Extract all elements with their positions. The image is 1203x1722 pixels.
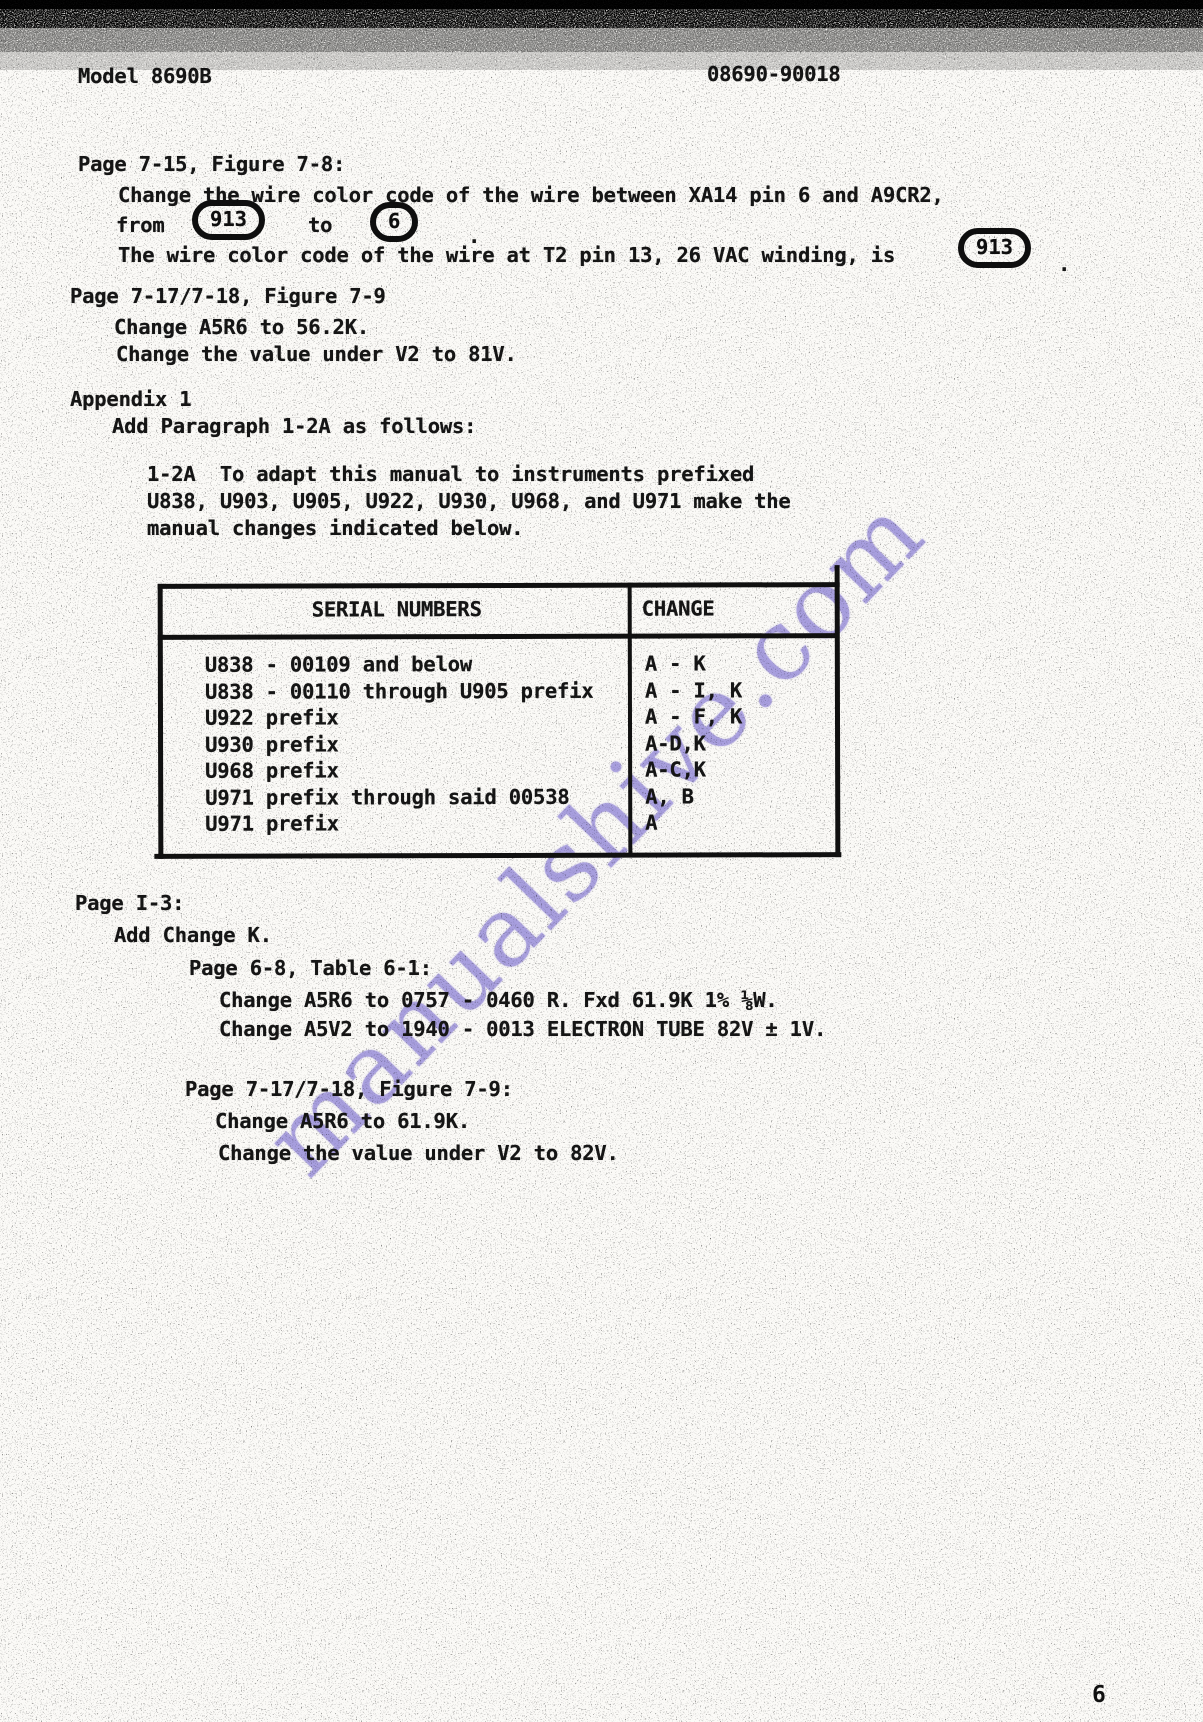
page-6-8-line1: Change A5R6 to 0757 - 0460 R. Fxd 61.9K … [219,988,778,1012]
page-6-8-heading: Page 6-8, Table 6-1: [189,956,432,980]
table-row-change: A, B [645,784,694,808]
table-row-change: A - K [645,651,706,675]
page-i3-line1: Add Change K. [114,923,272,947]
section-7-15-heading: Page 7-15, Figure 7-8: [78,152,345,176]
period-mark: . [1058,252,1070,276]
paragraph-1-2a-line3: manual changes indicated below. [147,516,523,540]
table-row-serial: U971 prefix through said 00538 [205,785,569,810]
table-row-serial: U922 prefix [205,705,339,730]
paragraph-1-2a-line2: U838, U903, U905, U922, U930, U968, and … [147,489,791,513]
header-part-number: 08690-90018 [707,62,841,86]
table-row-serial: U930 prefix [205,732,339,757]
section-7-17-line2: Change the value under V2 to 81V. [116,342,517,366]
page-7-17-k-line2: Change the value under V2 to 82V. [218,1141,619,1165]
section-7-17-line1: Change A5R6 to 56.2K. [114,315,369,339]
wire-code-pill-new: 6 [370,202,418,242]
table-row-change: A-C,K [645,757,706,781]
page-7-17-k-heading: Page 7-17/7-18, Figure 7-9: [185,1077,513,1101]
table-header-separator [158,633,838,640]
appendix-intro: Add Paragraph 1-2A as follows: [112,414,476,438]
table-row-serial: U971 prefix [205,811,339,836]
table-row-change: A [645,811,657,835]
page-7-17-k-line1: Change A5R6 to 61.9K. [215,1109,470,1133]
appendix-heading: Appendix 1 [70,387,191,411]
section-7-17-heading: Page 7-17/7-18, Figure 7-9 [70,284,386,308]
table-column-divider [628,583,633,856]
table-border-top [158,582,840,589]
table-row-serial: U968 prefix [205,758,339,783]
table-row-change: A - I, K [645,678,742,702]
table-row-change: A-D,K [645,731,706,755]
table-row-change: A - F, K [645,704,742,728]
paragraph-1-2a-line1: 1-2A To adapt this manual to instruments… [147,462,754,486]
scanned-manual-page: manualshive.com Model 8690B 08690-90018 … [0,0,1203,1722]
table-border-right [835,565,841,857]
table-col1-header: SERIAL NUMBERS [312,597,482,622]
wire-code-pill-t2: 913 [958,228,1031,268]
from-label: from [116,213,165,237]
section-7-15-line2: The wire color code of the wire at T2 pi… [118,243,895,267]
header-model: Model 8690B [78,64,212,88]
table-border-bottom [154,852,841,859]
page-i3-heading: Page I-3: [75,891,184,915]
scan-top-bar [0,0,1203,9]
table-border-left [158,584,164,859]
table-row-serial: U838 - 00109 and below [205,652,472,677]
table-row-serial: U838 - 00110 through U905 prefix [205,679,594,704]
wire-code-pill-old: 913 [192,200,265,240]
to-label: to [308,213,332,237]
page-6-8-line2: Change A5V2 to 1940 - 0013 ELECTRON TUBE… [219,1017,826,1041]
table-col2-header: CHANGE [642,596,715,620]
page-number: 6 [1092,1684,1106,1707]
